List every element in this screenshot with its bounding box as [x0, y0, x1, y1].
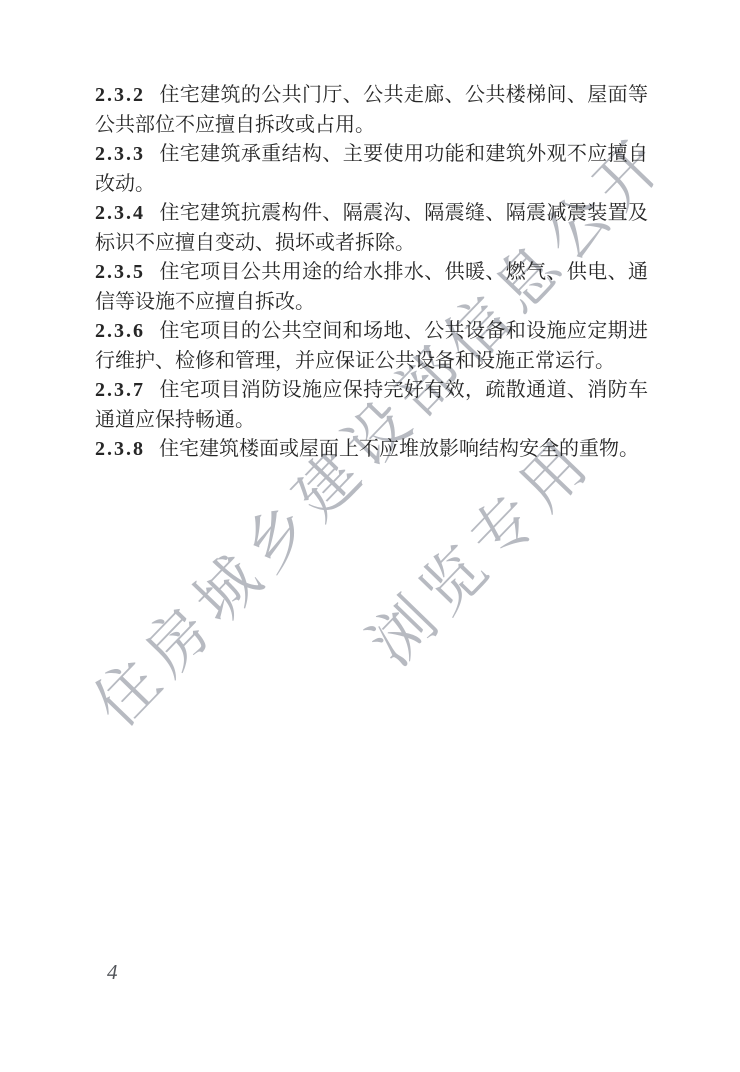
clause-line: 2.3.2住宅建筑的公共门厅、公共走廊、公共楼梯间、屋面等 [95, 81, 648, 111]
clause-number: 2.3.2 [95, 84, 145, 106]
document-page: 住房城乡建设部信息公开 浏览专用 2.3.2住宅建筑的公共门厅、公共走廊、公共楼… [0, 0, 740, 1072]
clause-text: 住宅建筑的公共门厅、公共走廊、公共楼梯间、屋面等 [159, 84, 648, 106]
clause-continuation-line: 行维护、检修和管理，并应保证公共设备和设施正常运行。 [95, 347, 648, 377]
clause-continuation-line: 标识不应擅自变动、损坏或者拆除。 [95, 229, 648, 259]
clause-continuation-line: 信等设施不应擅自拆改。 [95, 288, 648, 318]
clause-continuation-line: 改动。 [95, 170, 648, 200]
clause-text: 住宅项目的公共空间和场地、公共设备和设施应定期进 [159, 320, 648, 342]
clause-line: 2.3.3住宅建筑承重结构、主要使用功能和建筑外观不应擅自 [95, 140, 648, 170]
clause-text: 住宅项目公共用途的给水排水、供暖、燃气、供电、通 [159, 261, 648, 283]
clause-continuation-line: 通道应保持畅通。 [95, 406, 648, 436]
clause-continuation-line: 公共部位不应擅自拆改或占用。 [95, 111, 648, 141]
clause-line: 2.3.5住宅项目公共用途的给水排水、供暖、燃气、供电、通 [95, 258, 648, 288]
clause-text: 住宅建筑承重结构、主要使用功能和建筑外观不应擅自 [159, 143, 648, 165]
clause-number: 2.3.8 [95, 438, 145, 460]
clause-number: 2.3.6 [95, 320, 145, 342]
clause-text: 住宅项目消防设施应保持完好有效，疏散通道、消防车 [159, 379, 648, 401]
clause-number: 2.3.4 [95, 202, 145, 224]
page-number: 4 [107, 960, 118, 985]
clause-line: 2.3.8住宅建筑楼面或屋面上不应堆放影响结构安全的重物。 [95, 435, 648, 465]
clause-number: 2.3.7 [95, 379, 145, 401]
clause-list: 2.3.2住宅建筑的公共门厅、公共走廊、公共楼梯间、屋面等公共部位不应擅自拆改或… [95, 81, 648, 465]
clause-number: 2.3.5 [95, 261, 145, 283]
clause-line: 2.3.6住宅项目的公共空间和场地、公共设备和设施应定期进 [95, 317, 648, 347]
clause-text: 住宅建筑楼面或屋面上不应堆放影响结构安全的重物。 [159, 438, 639, 460]
clause-line: 2.3.4住宅建筑抗震构件、隔震沟、隔震缝、隔震减震装置及 [95, 199, 648, 229]
clause-line: 2.3.7住宅项目消防设施应保持完好有效，疏散通道、消防车 [95, 376, 648, 406]
clause-number: 2.3.3 [95, 143, 145, 165]
clause-text: 住宅建筑抗震构件、隔震沟、隔震缝、隔震减震装置及 [159, 202, 648, 224]
